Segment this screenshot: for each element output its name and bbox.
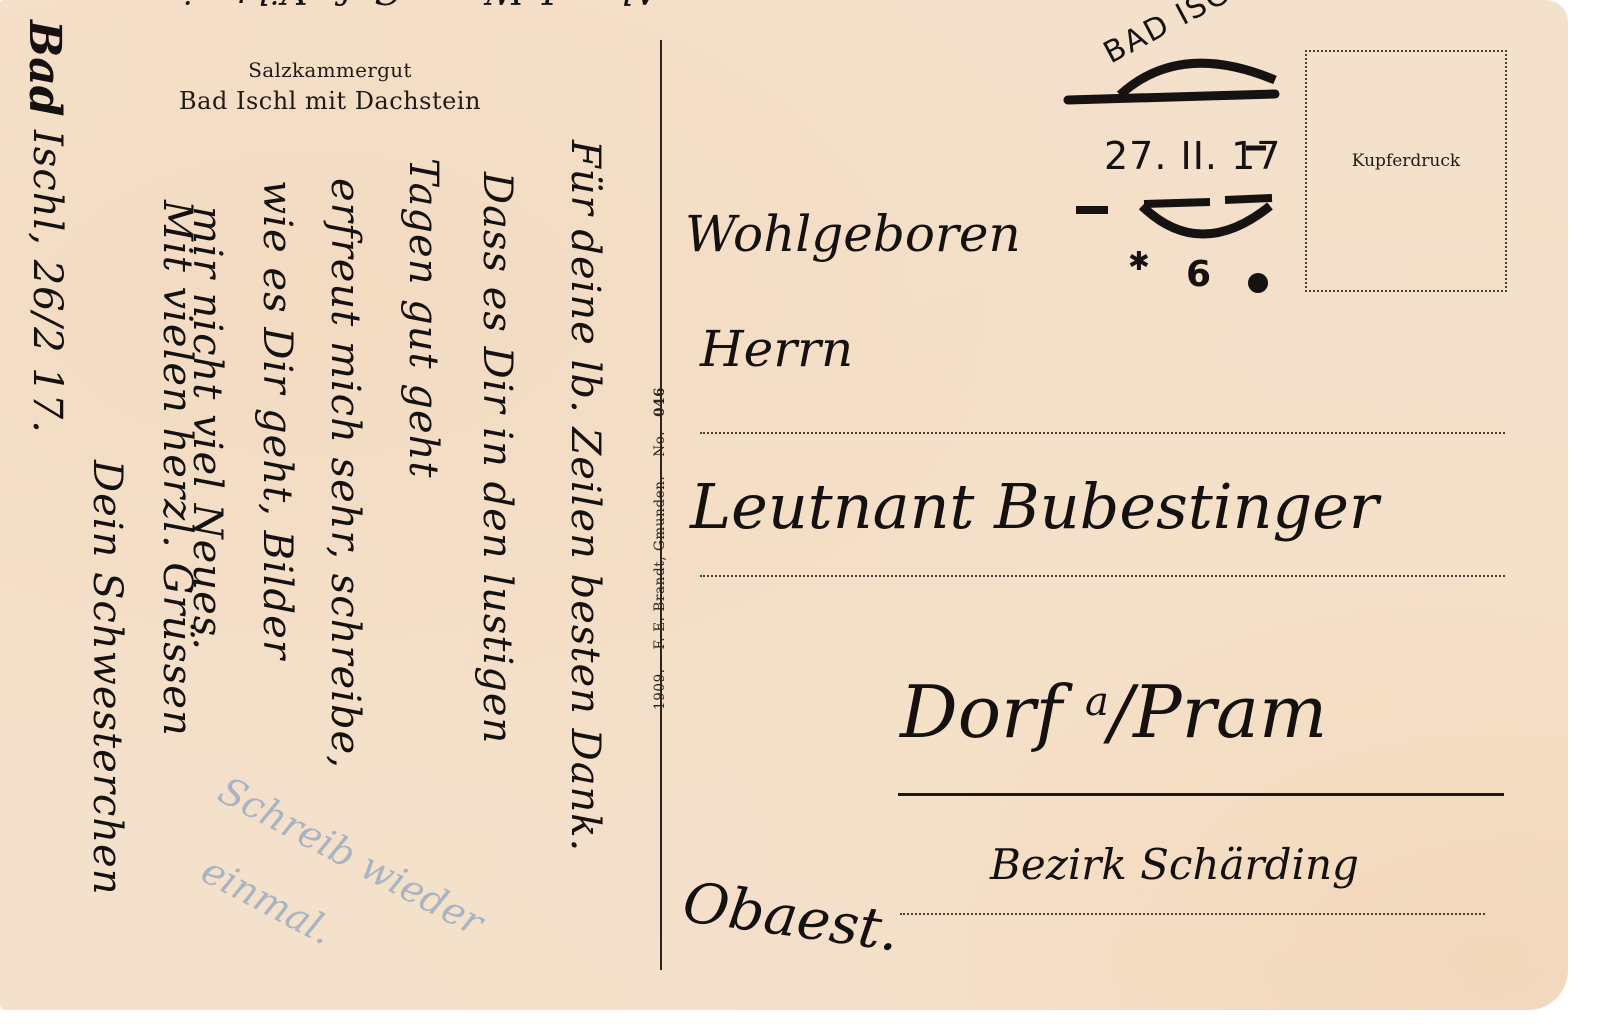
recipient-town: Dorf a/Pram xyxy=(900,670,1327,754)
publisher-imprint: 1909. F. E. Brandt, Gmunden. No.046 xyxy=(652,373,668,710)
message-line: erfreut mich sehr, schreibe, xyxy=(322,178,368,769)
recipient-country: Obaest. xyxy=(679,870,903,965)
imprint-number: 046 xyxy=(652,387,668,417)
message-line: Mit vielen herzl. Grüssen xyxy=(154,200,200,737)
message-line: Für deine lb. Zeilen besten Dank. xyxy=(562,140,608,852)
town-name: Dorf xyxy=(900,670,1062,754)
town-suffix-sup: a xyxy=(1085,679,1109,725)
sender-mark: Bad xyxy=(19,20,70,116)
sender-address-note: Abs.: J. Wenz. Cafe Viktoria xyxy=(162,0,660,10)
place-date-line: Ischl, 26/2 17. xyxy=(24,130,70,434)
address-underline xyxy=(898,793,1504,796)
message-line: Tagen gut geht xyxy=(400,158,446,478)
address-salutation: Wohlgeboren xyxy=(685,205,1021,263)
postmark-code: 6 xyxy=(1186,254,1211,295)
recipient-name: Leutnant Bubestinger xyxy=(690,470,1379,543)
recipient-district: Bezirk Schärding xyxy=(990,840,1359,889)
imprint-number-label: No. xyxy=(652,431,668,457)
region-title: Salzkammergut xyxy=(150,56,510,84)
imprint-year: 1909. xyxy=(652,668,668,710)
town-suffix: /Pram xyxy=(1109,670,1327,754)
imprint-publisher: F. E. Brandt, Gmunden. xyxy=(652,476,668,650)
signature: Dein Schwesterchen xyxy=(84,460,130,895)
postcard-back: Salzkammergut Bad Ischl mit Dachstein Ab… xyxy=(0,0,1568,1010)
stamp-box: Kupferdruck xyxy=(1305,50,1507,292)
stamp-box-label: Kupferdruck xyxy=(1352,151,1460,171)
message-line: wie es Dir geht, Bilder xyxy=(254,180,300,660)
printed-caption: Salzkammergut Bad Ischl mit Dachstein xyxy=(150,56,510,118)
address-dotted-line xyxy=(900,913,1485,915)
address-dotted-line xyxy=(700,432,1505,434)
address-dotted-line xyxy=(700,575,1505,577)
svg-text:✱: ✱ xyxy=(1128,247,1150,277)
postmark-date: 27. II. 17 xyxy=(1104,134,1281,178)
address-title: Herrn xyxy=(700,320,853,378)
place-title: Bad Ischl mit Dachstein xyxy=(150,84,510,118)
message-line: Dass es Dir in den lustigen xyxy=(474,172,520,744)
